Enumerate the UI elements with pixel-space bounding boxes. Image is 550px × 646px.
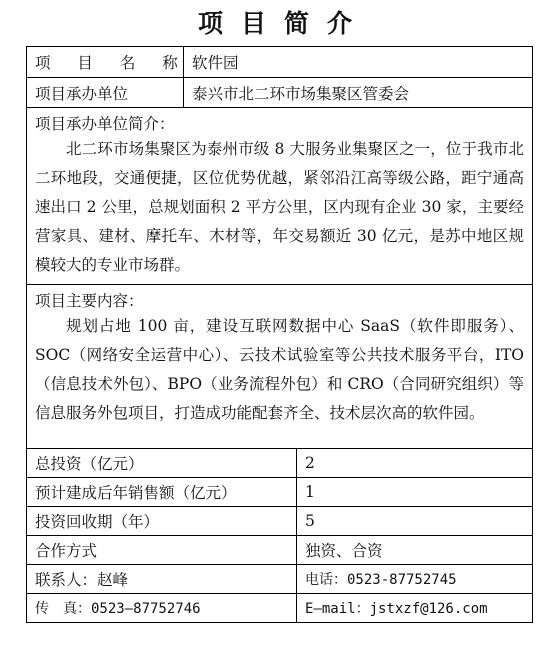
contact-person: 联系人：赵峰 (27, 565, 297, 593)
page-title: 项目简介 (0, 4, 550, 40)
label-annual-sales: 预计建成后年销售额（亿元） (27, 478, 297, 506)
value-organizer: 泰兴市北二环市场集聚区管委会 (184, 78, 532, 107)
organizer-intro-block: 项目承办单位简介： 北二环市场集聚区为泰州市级 8 大服务业集聚区之一，位于我市… (27, 108, 532, 284)
table-row-project-name: 项 目 名 称 软件园 (27, 47, 532, 77)
contact-phone: 电话：0523-87752745 (297, 565, 532, 593)
table-row-total-investment: 总投资（亿元） 2 (27, 448, 532, 477)
table-row-annual-sales: 预计建成后年销售额（亿元） 1 (27, 477, 532, 506)
table-row-cooperation-mode: 合作方式 独资、合资 (27, 535, 532, 564)
table-row-fax-email: 传 真：0523—87752746 E—mail：jstxzf@126.com (27, 593, 532, 622)
table-row-organizer-intro: 项目承办单位简介： 北二环市场集聚区为泰州市级 8 大服务业集聚区之一，位于我市… (27, 107, 532, 284)
value-annual-sales: 1 (297, 478, 532, 506)
value-total-investment: 2 (297, 449, 532, 477)
main-content-heading: 项目主要内容： (35, 290, 524, 312)
label-payback-period: 投资回收期（年） (27, 507, 297, 535)
organizer-intro-text: 北二环市场集聚区为泰州市级 8 大服务业集聚区之一，位于我市北二环地段，交通便捷… (35, 135, 524, 280)
label-total-investment: 总投资（亿元） (27, 449, 297, 477)
table-row-payback-period: 投资回收期（年） 5 (27, 506, 532, 535)
value-project-name: 软件园 (184, 47, 532, 77)
main-content-block: 项目主要内容： 规划占地 100 亩，建设互联网数据中心 SaaS（软件即服务）… (27, 285, 532, 448)
table-row-organizer: 项目承办单位 泰兴市北二环市场集聚区管委会 (27, 77, 532, 107)
label-organizer: 项目承办单位 (27, 78, 184, 107)
table-row-main-content: 项目主要内容： 规划占地 100 亩，建设互联网数据中心 SaaS（软件即服务）… (27, 284, 532, 448)
label-project-name: 项 目 名 称 (27, 47, 184, 77)
value-payback-period: 5 (297, 507, 532, 535)
value-cooperation-mode: 独资、合资 (297, 536, 532, 564)
organizer-intro-heading: 项目承办单位简介： (35, 113, 524, 135)
project-table: 项 目 名 称 软件园 项目承办单位 泰兴市北二环市场集聚区管委会 项目承办单位… (26, 46, 533, 623)
main-content-text: 规划占地 100 亩，建设互联网数据中心 SaaS（软件即服务）、SOC（网络安… (35, 312, 524, 428)
label-cooperation-mode: 合作方式 (27, 536, 297, 564)
table-row-contact: 联系人：赵峰 电话：0523-87752745 (27, 564, 532, 593)
contact-fax: 传 真：0523—87752746 (27, 594, 297, 622)
contact-email: E—mail：jstxzf@126.com (297, 594, 532, 622)
